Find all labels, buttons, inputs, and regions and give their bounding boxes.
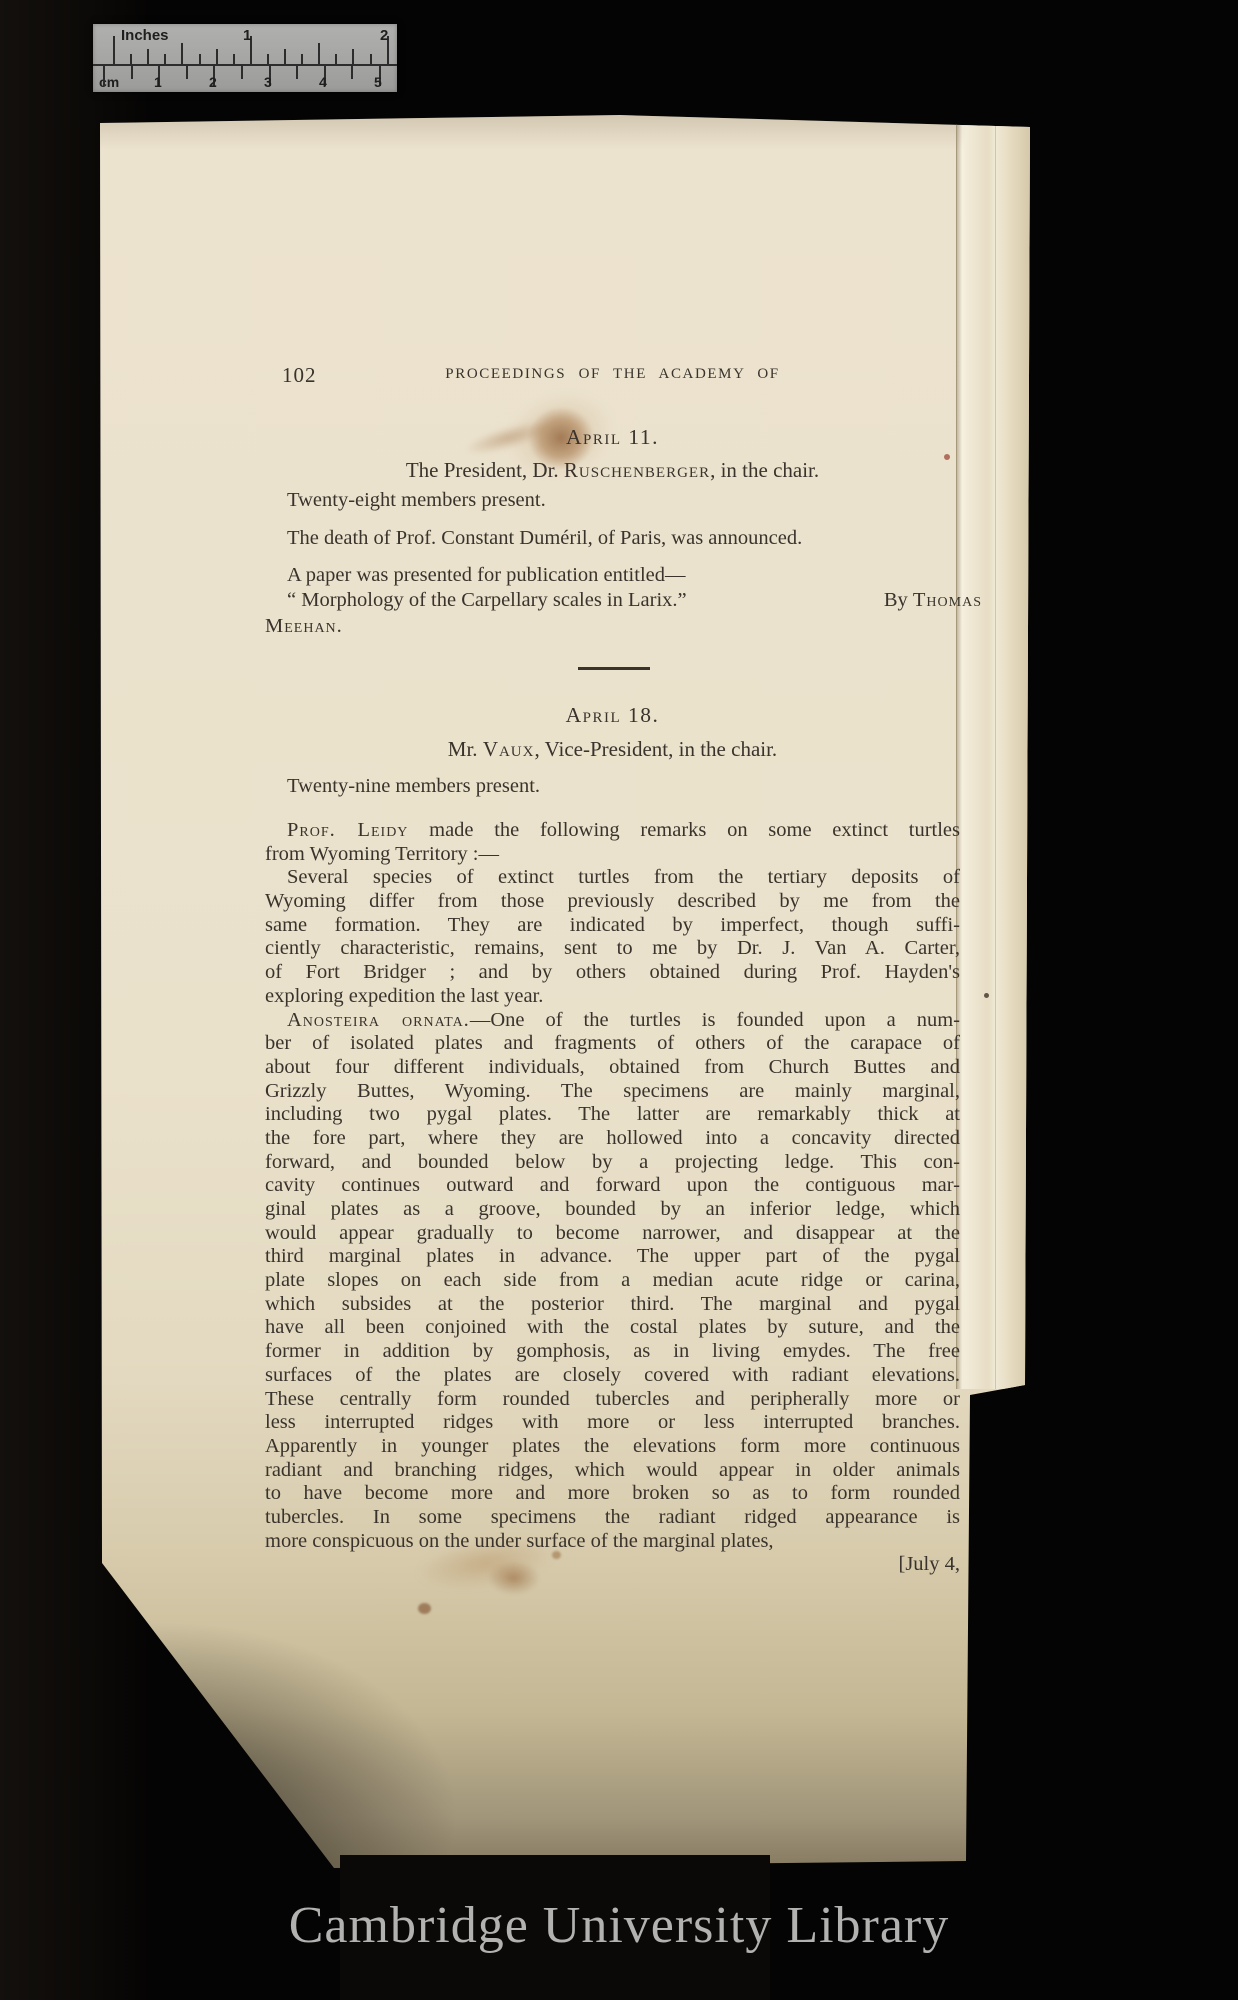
body-line-text: including two pygal plates. The latter a… [265, 1103, 960, 1125]
body-line-text: ber of isolated plates and fragments of … [265, 1032, 960, 1054]
section-heading-april-18: April 18. [265, 703, 960, 728]
body-line: which subsides at the posterior third. T… [265, 1293, 960, 1317]
body-line-text: which subsides at the posterior third. T… [265, 1293, 960, 1315]
paper-author: By Thomas [884, 589, 982, 612]
body-line-text: about four different individuals, obtain… [265, 1056, 960, 1078]
body-line: same formation. They are indicated by im… [265, 914, 960, 938]
body-line: forward, and bounded below by a projecti… [265, 1151, 960, 1175]
ruler-cm-number: 2 [209, 74, 217, 90]
body-line: less interrupted ridges with more or les… [265, 1411, 960, 1435]
chair-line-text: The President, Dr. [406, 458, 564, 482]
ruler-tick [181, 43, 183, 64]
fold-crease-line [995, 115, 996, 1389]
page-fore-edge-fold [956, 115, 1031, 1389]
ruler-tick [335, 54, 337, 64]
library-watermark: Cambridge University Library [0, 1896, 1238, 1955]
ruler-cm-number: 1 [154, 74, 162, 90]
ruler-tick [131, 66, 133, 79]
smallcaps-name: Anosteira ornata. [287, 1009, 470, 1031]
paper-title-line: “ Morphology of the Carpellary scales in… [265, 589, 982, 612]
body-line: more conspicuous on the under surface of… [265, 1530, 960, 1554]
body-line-text: from Wyoming Territory :— [265, 843, 499, 865]
scanned-book-photograph: Inches cm 1212345 102 PROCEEDINGS OF THE… [0, 0, 1238, 2000]
ruler-tick [103, 66, 105, 86]
death-notice-line: The death of Prof. Constant Duméril, of … [265, 527, 982, 550]
body-line: [July 4, [265, 1553, 960, 1577]
body-line: of Fort Bridger ; and by others obtained… [265, 961, 960, 985]
body-line: surfaces of the plates are closely cover… [265, 1364, 960, 1388]
body-line-text: have all been conjoined with the costal … [265, 1316, 960, 1338]
ruler-inch-number: 2 [380, 27, 388, 44]
ruler-tick [296, 66, 298, 79]
body-line-text: made the following remarks on some extin… [408, 819, 960, 841]
ruler-tick [216, 49, 218, 64]
ruler-inch-number: 1 [243, 27, 251, 44]
body-line-text: forward, and bounded below by a projecti… [265, 1151, 960, 1173]
paper-title: “ Morphology of the Carpellary scales in… [287, 589, 687, 612]
body-line: including two pygal plates. The latter a… [265, 1103, 960, 1127]
section-heading-april-11: April 11. [265, 425, 960, 450]
chair-line-text: , Vice-President, in the chair. [534, 737, 777, 761]
ruler-inches-label: Inches [121, 27, 169, 44]
ruler-tick [352, 49, 354, 64]
body-line-text: cavity continues outward and forward upo… [265, 1174, 960, 1196]
body-line: ciently characteristic, remains, sent to… [265, 937, 960, 961]
ruler-cm-number: 3 [264, 74, 272, 90]
ruler-tick [284, 49, 286, 64]
chair-name: Ruschenberger [564, 458, 710, 482]
chair-name: Vaux [483, 737, 535, 761]
body-line: the fore part, where they are hollowed i… [265, 1127, 960, 1151]
ruler-tick [241, 66, 243, 79]
body-line-text: same formation. They are indicated by im… [265, 914, 960, 936]
chair-line-text: Mr. [448, 737, 483, 761]
body-line-text: to have become more and more broken so a… [265, 1482, 960, 1504]
body-line-text: These centrally form rounded tubercles a… [265, 1388, 960, 1410]
members-present-line: Twenty-eight members present. [265, 489, 982, 512]
ruler-tick [318, 43, 320, 64]
body-line: to have become more and more broken so a… [265, 1482, 960, 1506]
body-line-text: plate slopes on each side from a median … [265, 1269, 960, 1291]
body-line-text: the fore part, where they are hollowed i… [265, 1127, 960, 1149]
ruler-tick [164, 54, 166, 64]
body-line-text: Grizzly Buttes, Wyoming. The specimens a… [265, 1080, 960, 1102]
by-text: By [884, 589, 913, 611]
ruler-tick [147, 49, 149, 64]
body-line: These centrally form rounded tubercles a… [265, 1388, 960, 1412]
members-present-line: Twenty-nine members present. [265, 775, 982, 798]
ruler-tick [267, 54, 269, 64]
body-line: ber of isolated plates and fragments of … [265, 1032, 960, 1056]
body-line: former in addition by gomphosis, as in l… [265, 1340, 960, 1364]
ruler-tick [130, 54, 132, 64]
body-line: Anosteira ornata.—One of the turtles is … [265, 1009, 960, 1033]
ruler-tick [301, 54, 303, 64]
body-line-text: tubercles. In some specimens the radiant… [265, 1506, 960, 1528]
ruler-tick [199, 54, 201, 64]
smallcaps-name: Prof. Leidy [287, 819, 408, 841]
body-line-text: surfaces of the plates are closely cover… [265, 1364, 960, 1386]
body-line-text: third marginal plates in advance. The up… [265, 1245, 960, 1267]
body-line-text: ciently characteristic, remains, sent to… [265, 937, 960, 959]
body-line: cavity continues outward and forward upo… [265, 1174, 960, 1198]
body-line-text: Apparently in younger plates the elevati… [265, 1435, 960, 1457]
paper-presented-line: A paper was presented for publication en… [265, 564, 982, 587]
body-line: Prof. Leidy made the following remarks o… [265, 819, 960, 843]
ruler-tick [233, 54, 235, 64]
body-line: Several species of extinct turtles from … [265, 866, 960, 890]
body-line-text: [July 4, [899, 1553, 961, 1575]
body-line: from Wyoming Territory :— [265, 843, 960, 867]
body-line: about four different individuals, obtain… [265, 1056, 960, 1080]
body-line: tubercles. In some specimens the radiant… [265, 1506, 960, 1530]
ruler-cm-number: 4 [319, 74, 327, 90]
body-line-text: ginal plates as a groove, bounded by an … [265, 1198, 960, 1220]
body-line-text: less interrupted ridges with more or les… [265, 1411, 960, 1433]
body-line: would appear gradually to become narrowe… [265, 1222, 960, 1246]
body-line: Wyoming differ from those previously des… [265, 890, 960, 914]
ruler-tick [186, 66, 188, 79]
chair-line-text: , in the chair. [710, 458, 819, 482]
body-line: Grizzly Buttes, Wyoming. The specimens a… [265, 1080, 960, 1104]
chair-line-april-11: The President, Dr. Ruschenberger, in the… [265, 458, 960, 483]
ruler-tick [113, 36, 115, 64]
running-header: PROCEEDINGS OF THE ACADEMY OF [265, 366, 960, 383]
author-surname-line: Meehan. [265, 615, 960, 638]
ruler-cm-number: 5 [374, 74, 382, 90]
body-line: exploring expedition the last year. [265, 985, 960, 1009]
body-line-text: former in addition by gomphosis, as in l… [265, 1340, 960, 1362]
body-line: Apparently in younger plates the elevati… [265, 1435, 960, 1459]
body-line-text: would appear gradually to become narrowe… [265, 1222, 960, 1244]
section-divider-rule [578, 667, 650, 670]
body-line-text: of Fort Bridger ; and by others obtained… [265, 961, 960, 983]
bottom-stain-dot [418, 1603, 431, 1614]
body-line-text: Wyoming differ from those previously des… [265, 890, 960, 912]
body-line: radiant and branching ridges, which woul… [265, 1459, 960, 1483]
body-line: plate slopes on each side from a median … [265, 1269, 960, 1293]
body-line: third marginal plates in advance. The up… [265, 1245, 960, 1269]
body-line-text: exploring expedition the last year. [265, 985, 543, 1007]
body-line-text: Several species of extinct turtles from … [287, 866, 960, 888]
body-lines: Prof. Leidy made the following remarks o… [265, 819, 960, 1577]
body-line-text: more conspicuous on the under surface of… [265, 1530, 774, 1552]
book-page: 102 PROCEEDINGS OF THE ACADEMY OF April … [100, 115, 1030, 1870]
scale-ruler: Inches cm 1212345 [93, 24, 397, 92]
author-first-name: Thomas [913, 589, 982, 611]
body-line-text: —One of the turtles is founded upon a nu… [470, 1009, 960, 1031]
body-line: ginal plates as a groove, bounded by an … [265, 1198, 960, 1222]
ruler-tick [351, 66, 353, 79]
ruler-tick [370, 54, 372, 64]
body-line: have all been conjoined with the costal … [265, 1316, 960, 1340]
body-line-text: radiant and branching ridges, which woul… [265, 1459, 960, 1481]
chair-line-april-18: Mr. Vaux, Vice-President, in the chair. [265, 737, 960, 762]
